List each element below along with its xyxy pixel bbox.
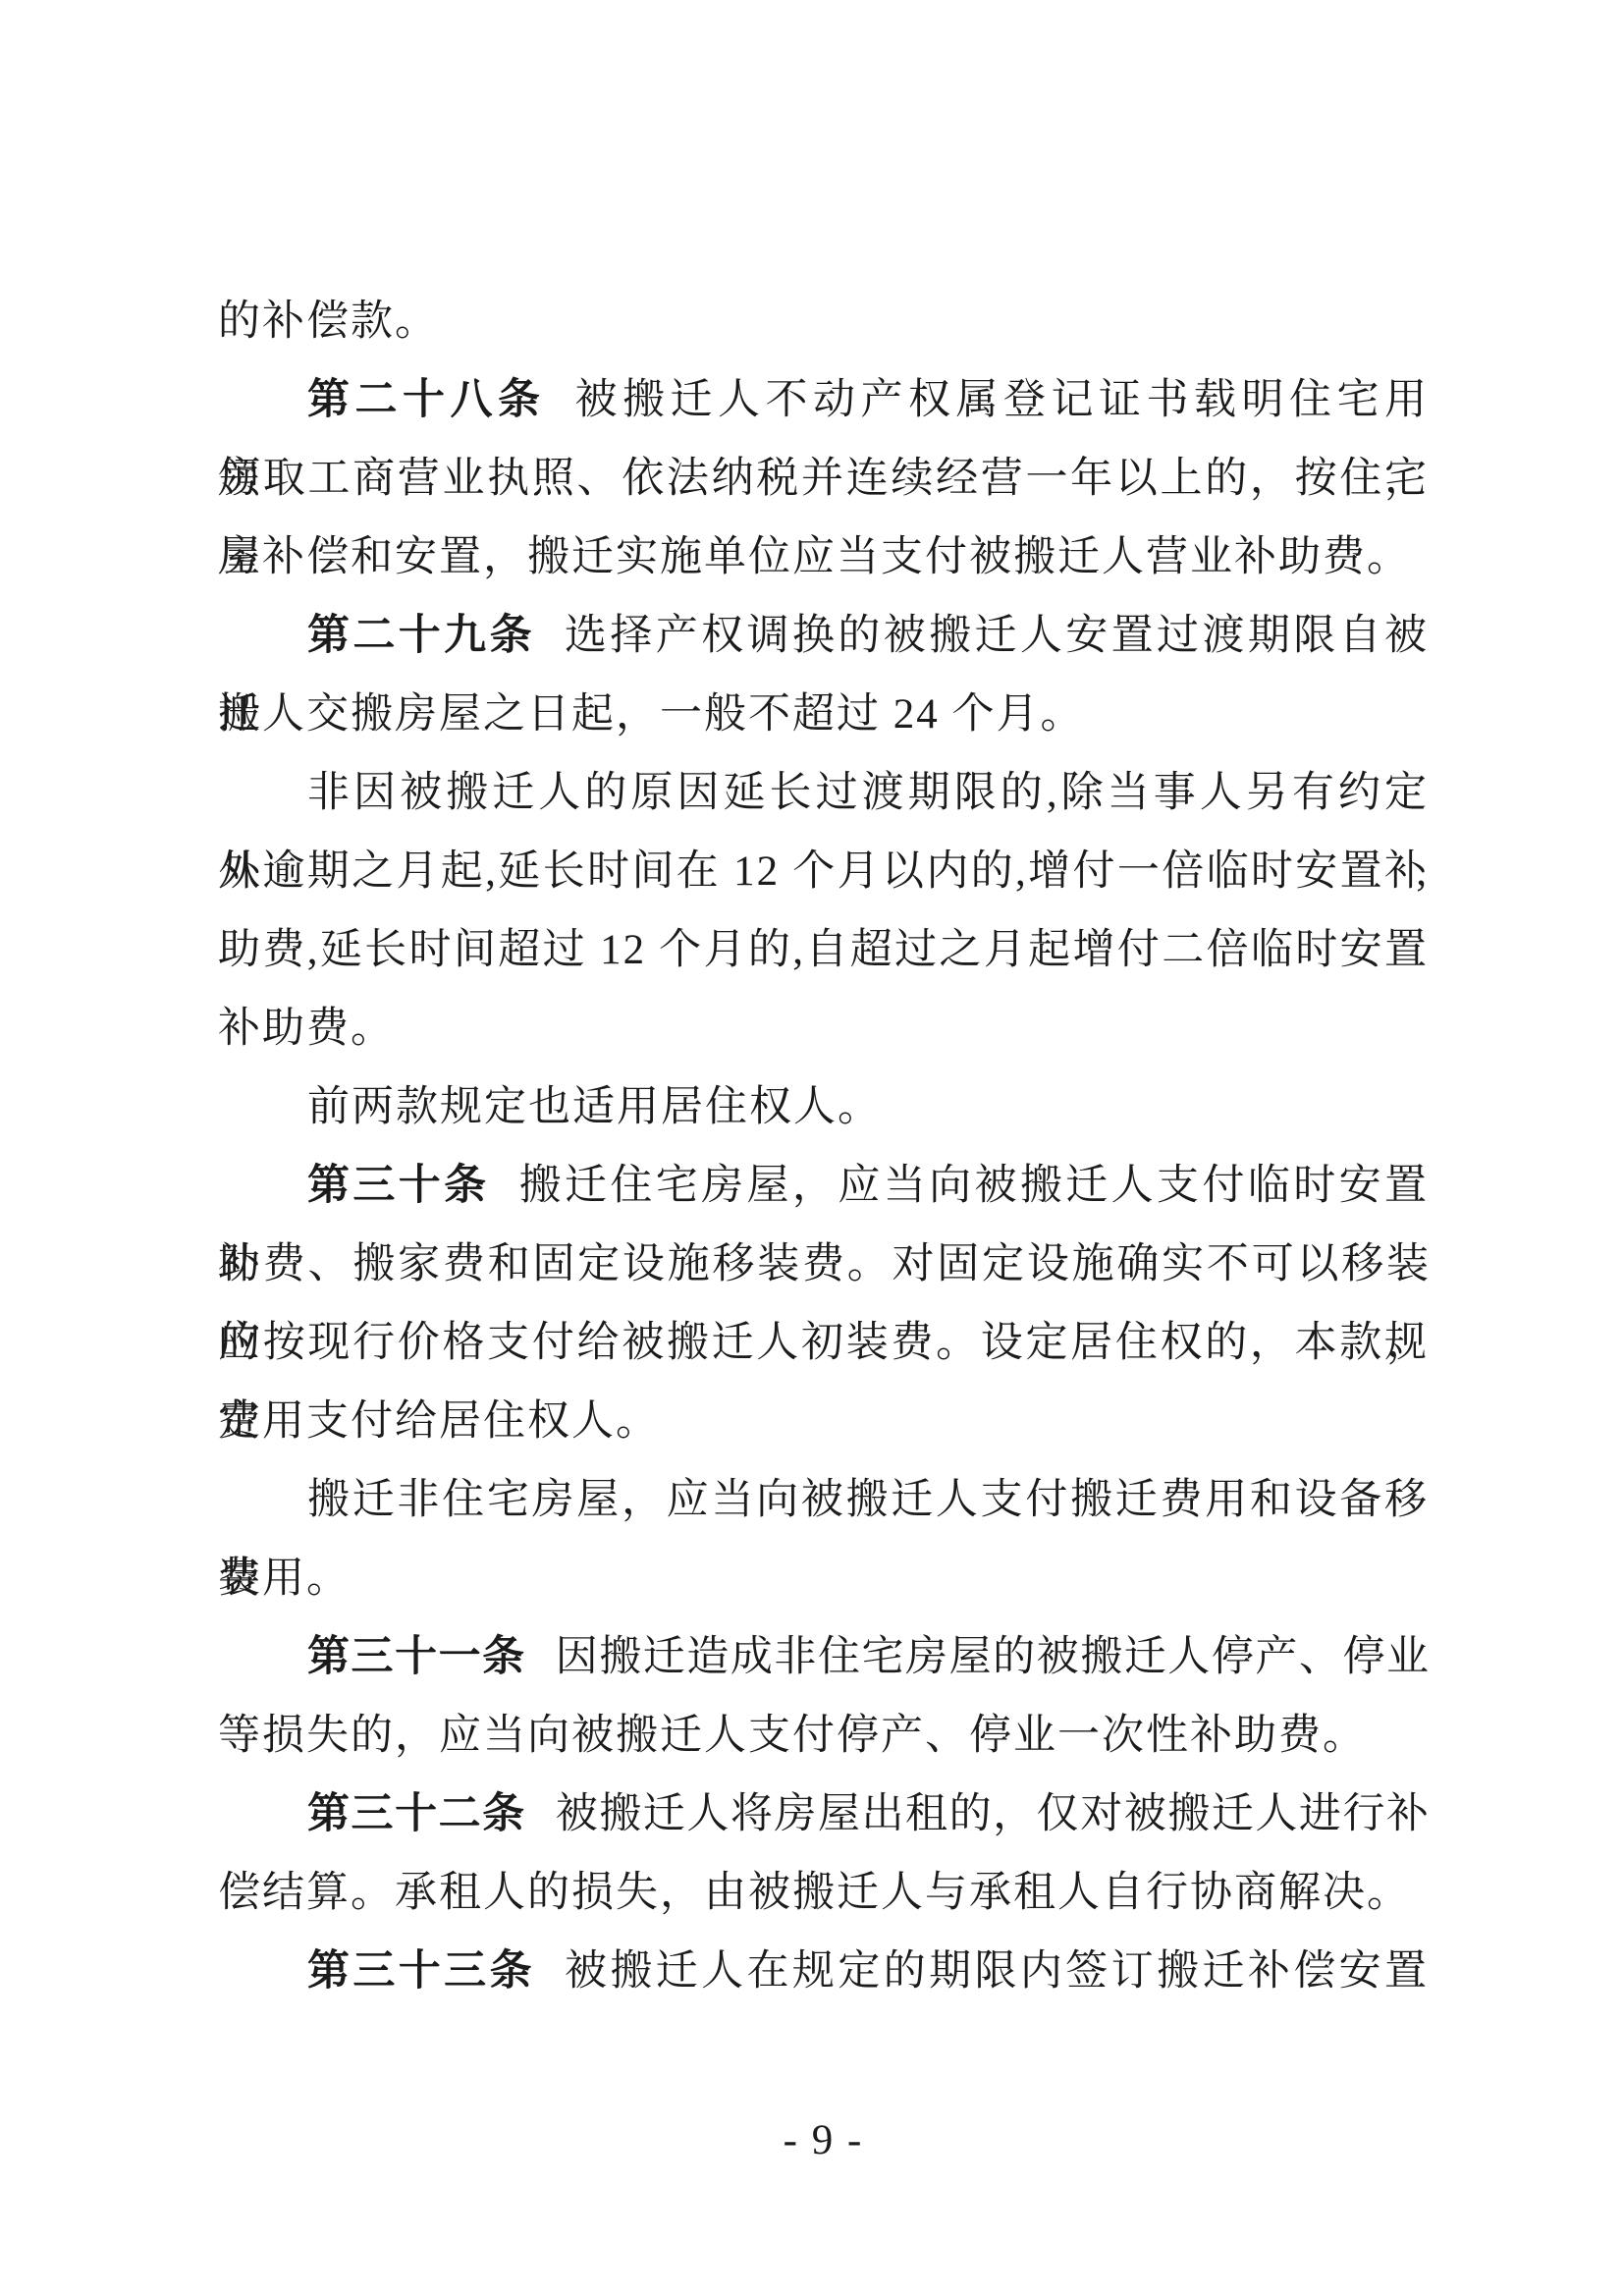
text-line: 偿结算。承租人的损失，由被搬迁人与承租人自行协商解决。 [218,1854,1429,1933]
text-line: 费用支付给居住权人。 [218,1383,1429,1461]
text-line: 从逾期之月起,延长时间在 12 个月以内的,增付一倍临时安置补 [218,833,1429,911]
line-text: 的补偿款。 [218,299,439,345]
text-line: 屋补偿和安置，搬迁实施单位应当支付被搬迁人营业补助费。 [218,519,1429,597]
text-line: 前两款规定也适用居住权人。 [218,1068,1429,1147]
article-number: 第三十三条 [307,1948,535,1995]
line-text: 偿结算。承租人的损失，由被搬迁人与承租人自行协商解决。 [218,1870,1411,1916]
line-text: 费用。 [218,1556,351,1602]
line-text: 前两款规定也适用居住权人。 [307,1084,882,1130]
line-text: 费用支付给居住权人。 [218,1398,660,1445]
article-number: 第二十八条 [307,377,546,423]
article-number: 第三十二条 [307,1791,526,1837]
line-text: 因搬迁造成非住宅房屋的被搬迁人停产、停业 [556,1634,1429,1680]
line-text: 补助费。 [218,1006,395,1052]
article-number: 第三十条 [307,1163,490,1209]
line-text: 等损失的，应当向被搬迁人支付停产、停业一次性补助费。 [218,1713,1367,1759]
text-line: 第二十八条被搬迁人不动产权属登记证书载明住宅用房， [218,361,1429,440]
text-line: 助费,延长时间超过 12 个月的,自超过之月起增付二倍临时安置 [218,911,1429,990]
text-line: 应按现行价格支付给被搬迁人初装费。设定居住权的，本款规定 [218,1304,1429,1383]
line-text: 迁人交搬房屋之日起，一般不超过 24 个月。 [218,691,1085,738]
line-text: 被搬迁人将房屋出租的，仅对被搬迁人进行补 [556,1791,1429,1837]
body-text: 的补偿款。第二十八条被搬迁人不动产权属登记证书载明住宅用房，领取工商营业执照、依… [218,283,1429,2011]
line-text: 被搬迁人在规定的期限内签订搬迁补偿安置 [565,1948,1429,1995]
text-line: 第三十条搬迁住宅房屋，应当向被搬迁人支付临时安置补 [218,1147,1429,1226]
text-line: 迁人交搬房屋之日起，一般不超过 24 个月。 [218,676,1429,754]
article-number: 第三十一条 [307,1634,526,1680]
text-line: 搬迁非住宅房屋，应当向被搬迁人支付搬迁费用和设备移装 [218,1461,1429,1540]
text-line: 第三十一条因搬迁造成非住宅房屋的被搬迁人停产、停业 [218,1618,1429,1697]
text-line: 的补偿款。 [218,283,1429,361]
document-page: 的补偿款。第二十八条被搬迁人不动产权属登记证书载明住宅用房，领取工商营业执照、依… [0,0,1623,2296]
line-text: 屋补偿和安置，搬迁实施单位应当支付被搬迁人营业补助费。 [218,534,1411,580]
text-line: 第三十三条被搬迁人在规定的期限内签订搬迁补偿安置 [218,1933,1429,2011]
text-line: 非因被搬迁人的原因延长过渡期限的,除当事人另有约定外, [218,754,1429,833]
text-line: 第二十九条选择产权调换的被搬迁人安置过渡期限自被搬 [218,597,1429,676]
article-number: 第二十九条 [307,613,535,659]
line-text: 助费,延长时间超过 12 个月的,自超过之月起增付二倍临时安置 [218,927,1429,973]
text-line: 补助费。 [218,990,1429,1068]
page-number: - 9 - [218,2111,1429,2170]
text-line: 助费、搬家费和固定设施移装费。对固定设施确实不可以移装的， [218,1226,1429,1304]
text-line: 领取工商营业执照、依法纳税并连续经营一年以上的，按住宅房 [218,440,1429,519]
text-line: 第三十二条被搬迁人将房屋出租的，仅对被搬迁人进行补 [218,1776,1429,1854]
line-text: 从逾期之月起,延长时间在 12 个月以内的,增付一倍临时安置补 [218,848,1429,895]
text-line: 等损失的，应当向被搬迁人支付停产、停业一次性补助费。 [218,1697,1429,1776]
text-line: 费用。 [218,1540,1429,1618]
